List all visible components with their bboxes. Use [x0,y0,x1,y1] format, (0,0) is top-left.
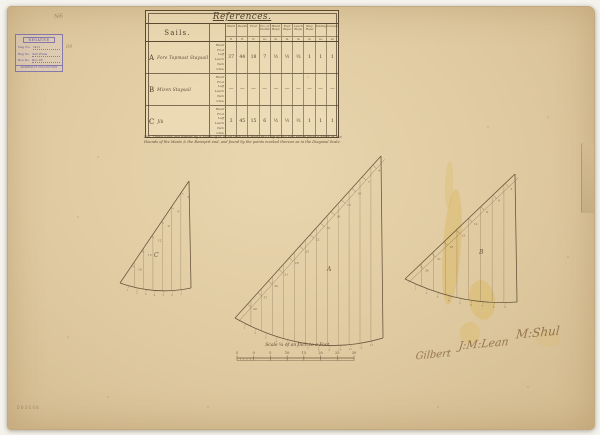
svg-text:28: 28 [295,261,299,265]
svg-text:5: 5 [459,301,461,305]
paper-sheet: N6 69 D03648 NEGATIVE Neg No.7411Reg No.… [7,6,595,430]
foxing-speck [487,126,489,128]
svg-text:12: 12 [359,345,363,349]
svg-text:3: 3 [510,187,512,191]
foxing-speck [97,156,99,158]
svg-text:15: 15 [462,233,466,237]
svg-text:9: 9 [504,305,506,309]
svg-text:9: 9 [486,210,488,214]
svg-text:24: 24 [425,268,429,272]
svg-text:4: 4 [378,168,380,172]
photo-background: N6 69 D03648 NEGATIVE Neg No.7411Reg No.… [0,0,600,435]
sail-diagram-A: 4710131619222528313437401234567891011121… [235,156,385,352]
svg-text:4: 4 [154,293,156,297]
svg-text:5: 5 [163,293,165,297]
foxing-speck [107,396,109,398]
foxing-speck [567,256,569,258]
svg-text:13: 13 [347,203,351,207]
scale-ruler: 5051015202530 [236,351,356,361]
foxing-speck [527,386,529,388]
foxing-speck [207,406,209,408]
svg-text:1: 1 [244,326,246,330]
sail-label: B [478,249,484,256]
sail-plan-drawing: 3691215181234567C47101316192225283134374… [8,7,594,429]
svg-text:6: 6 [171,293,173,297]
svg-text:9: 9 [168,224,170,228]
svg-text:31: 31 [284,272,288,276]
foxing-speck [67,336,69,338]
svg-text:7: 7 [368,180,370,184]
svg-text:3: 3 [187,195,189,199]
svg-text:1: 1 [414,287,416,291]
svg-text:0: 0 [253,351,255,355]
foxing-speck [77,216,79,218]
svg-text:25: 25 [305,249,309,253]
foxing-speck [437,406,439,408]
svg-text:9: 9 [328,348,330,352]
svg-text:7: 7 [180,292,182,296]
svg-text:18: 18 [138,268,142,272]
sail-diagram-C: 3691215181234567C [120,181,191,297]
sail-diagram-B: 3691215182124123456789B [405,174,518,309]
svg-text:3: 3 [265,335,267,339]
svg-text:10: 10 [357,191,361,195]
svg-text:10: 10 [285,351,289,355]
svg-text:3: 3 [437,295,439,299]
svg-text:5: 5 [269,351,271,355]
svg-text:40: 40 [253,307,257,311]
svg-text:2: 2 [136,290,138,294]
sail-label: A [326,266,332,273]
svg-text:19: 19 [326,226,330,230]
svg-text:37: 37 [264,296,268,300]
svg-text:5: 5 [236,351,238,355]
svg-text:6: 6 [498,198,500,202]
svg-text:2: 2 [254,331,256,335]
svg-text:21: 21 [437,257,441,261]
sail-label: C [154,252,159,259]
tape-repair [581,143,594,213]
scale-caption: Scale ¼ of an Inch to a Foot. [245,343,351,348]
foxing-speck [307,76,309,78]
svg-text:12: 12 [474,222,478,226]
svg-text:15: 15 [302,351,306,355]
svg-text:34: 34 [274,284,278,288]
svg-text:6: 6 [177,209,179,213]
svg-text:12: 12 [158,239,162,243]
svg-text:18: 18 [449,245,453,249]
svg-text:1: 1 [127,288,129,292]
svg-text:20: 20 [318,351,322,355]
svg-text:16: 16 [337,215,341,219]
svg-text:13: 13 [370,343,374,347]
svg-text:25: 25 [335,351,339,355]
foxing-speck [547,116,549,118]
svg-text:3: 3 [145,292,147,296]
svg-text:30: 30 [352,351,356,355]
svg-text:22: 22 [316,238,320,242]
svg-text:15: 15 [148,253,152,257]
svg-text:2: 2 [426,291,428,295]
